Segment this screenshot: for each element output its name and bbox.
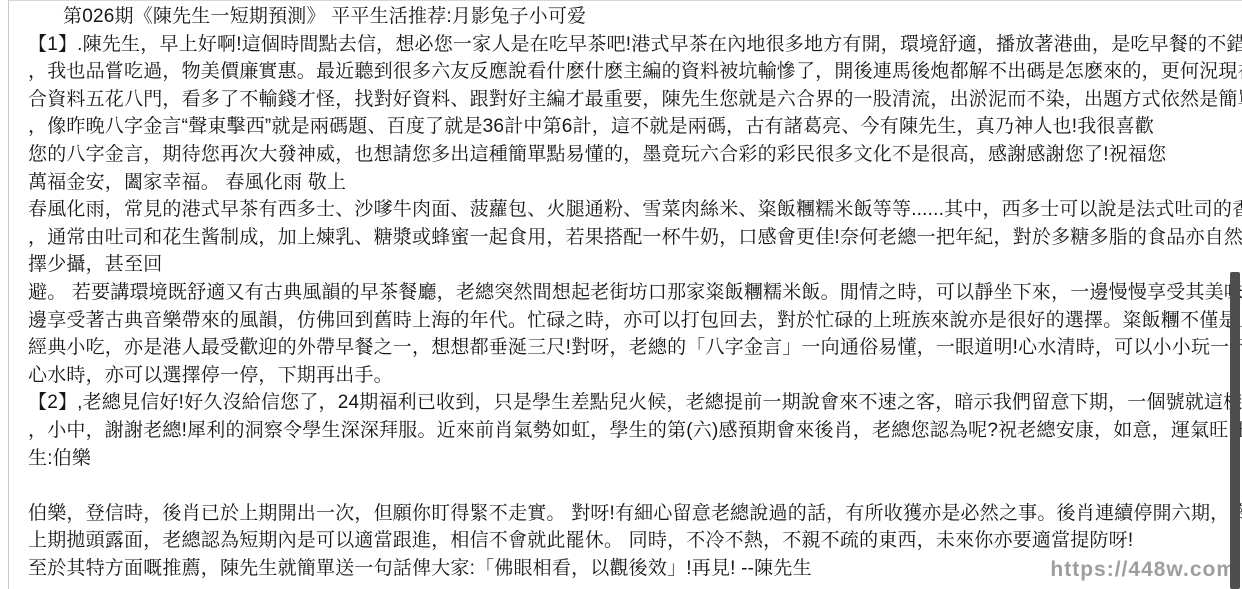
text-line: 心水時，亦可以選擇停一停，下期再出手。 — [28, 362, 1228, 390]
text-line: 擇少攝，甚至回 — [28, 251, 1228, 279]
vertical-scrollbar-thumb[interactable] — [1230, 272, 1240, 589]
document-body: 第026期《陳先生一短期預測》 平平生活推荐:月影兔子小可爱 【1】.陳先生，早… — [28, 3, 1228, 582]
text-line: 至於其特方面嘅推薦，陳先生就簡單送一句話俾大家:「佛眼相看，以觀後效」!再見! … — [28, 555, 1228, 583]
text-line: 合資料五花八門，看多了不輸錢才怪，找對好資料、跟對好主編才最重要，陳先生您就是六… — [28, 86, 1228, 114]
text-line: 上期拋頭露面，老總認為短期內是可以適當跟進，相信不會就此罷休。 同時，不冷不熱，… — [28, 527, 1228, 555]
text-line: ，通常由吐司和花生酱制成，加上煉乳、糖漿或蜂蜜一起食用，若果搭配一杯牛奶，口感會… — [28, 224, 1228, 252]
page-title: 第026期《陳先生一短期預測》 平平生活推荐:月影兔子小可爱 — [63, 3, 1228, 31]
text-line: ，像昨晚八字金言“聲東擊西”就是兩碼題、百度了就是36計中第6計，這不就是兩碼，… — [28, 113, 1228, 141]
text-line: ，我也品嘗吃過，物美價廉實惠。最近聽到很多六友反應說看什麽什麽主編的資料被坑輸慘… — [28, 58, 1228, 86]
page-frame: 第026期《陳先生一短期預測》 平平生活推荐:月影兔子小可爱 【1】.陳先生，早… — [8, 0, 1242, 589]
text-line: 伯樂，登信時，後肖已於上期開出一次，但願你盯得緊不走實。 對呀!有細心留意老總說… — [28, 500, 1228, 528]
text-line: 經典小吃，亦是港人最受歡迎的外帶早餐之一，想想都垂涎三尺!對呀，老總的「八字金言… — [28, 334, 1228, 362]
text-line: 生:伯樂 — [28, 445, 1228, 473]
text-line — [28, 472, 1228, 500]
text-line: 邊享受著古典音樂帶來的風韻，仿佛回到舊時上海的年代。忙碌之時，亦可以打包回去，對… — [28, 307, 1228, 335]
site-watermark: https://448w.com — [1050, 558, 1236, 582]
text-line: ，小中，謝謝老總!犀利的洞察令學生深深拜服。近來前肖氣勢如虹，學生的第(六)感預… — [28, 417, 1228, 445]
document-lines: 【1】.陳先生，早上好啊!這個時間點去信，想必您一家人是在吃早茶吧!港式早茶在內… — [28, 31, 1228, 583]
text-line: 您的八字金言，期待您再次大發神威，也想請您多出這種簡單點易懂的，墨竟玩六合彩的彩… — [28, 141, 1228, 169]
text-line: 春風化雨，常見的港式早茶有西多士、沙嗲牛肉面、菠蘿包、火腿通粉、雪菜肉絲米、粢飯… — [28, 196, 1228, 224]
text-line: 萬福金安，闔家幸福。 春風化雨 敬上 — [28, 169, 1228, 197]
text-line: 【2】,老總見信好!好久沒給信您了，24期福利已收到，只是學生差點兒火候，老總提… — [28, 389, 1228, 417]
text-line: 避。 若要講環境既舒適又有古典風韻的早茶餐廳，老總突然間想起老街坊口那家粢飯糰糯… — [28, 279, 1228, 307]
text-line: 【1】.陳先生，早上好啊!這個時間點去信，想必您一家人是在吃早茶吧!港式早茶在內… — [28, 31, 1228, 59]
